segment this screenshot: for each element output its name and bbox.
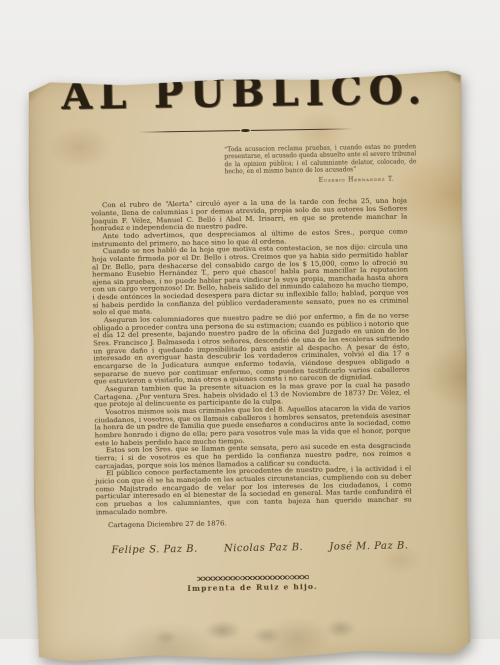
rule-line-right — [251, 128, 353, 131]
epigraph-quote: “Toda acusacion reclama pruebas, i cuand… — [224, 143, 416, 175]
paper-sheet: AL PUBLICO. “Toda acusacion reclama prue… — [26, 71, 472, 639]
corner-fold — [26, 83, 52, 101]
rule-line-left — [138, 130, 240, 133]
rule-diamond — [241, 129, 250, 133]
ink-showthrough-marks — [35, 611, 473, 639]
epigraph-attribution: Eusebio Hernandez T. — [28, 176, 395, 189]
signature: Nicolas Paz B. — [224, 542, 303, 554]
dateline: Cartagena Diciembre 27 de 1876. — [96, 517, 412, 530]
corner-nick — [446, 73, 460, 83]
body-text: Con el rubro de “Alerta” circuló ayer a … — [91, 198, 412, 517]
body-paragraph: Vosotros mismos sois mas criminales que … — [94, 404, 411, 447]
signature-row: Felipe S. Paz B. Nicolas Paz B. José M. … — [111, 541, 408, 557]
photo-backdrop: AL PUBLICO. “Toda acusacion reclama prue… — [25, 31, 471, 626]
body-paragraph: Aseguran los calumniadores que nuestro p… — [93, 313, 410, 387]
zigzag-rule — [196, 575, 308, 581]
signature: José M. Paz B. — [329, 541, 408, 553]
page-title: AL PUBLICO. — [26, 71, 464, 117]
printer-imprint: Imprenta de Ruiz e hijo. — [34, 580, 471, 596]
body-paragraph: Cuando se nos habló de la hoja que motiv… — [92, 244, 409, 318]
decorative-rule — [138, 126, 353, 134]
signature: Felipe S. Paz B. — [111, 544, 197, 556]
body-paragraph: El público conoce perfectamente los prec… — [95, 466, 412, 517]
